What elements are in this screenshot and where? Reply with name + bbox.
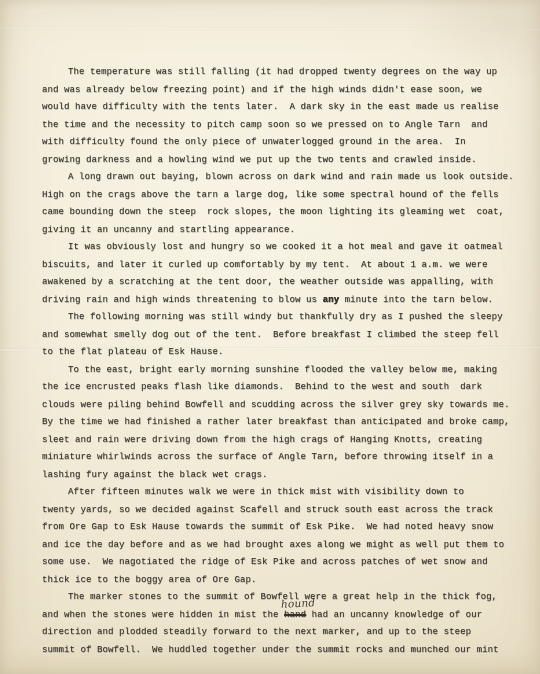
- text-line: After fifteen minutes walk we were in th…: [42, 484, 522, 502]
- text-line: lashing fury against the black wet crags…: [42, 467, 522, 485]
- text-line: High on the crags above the tarn a large…: [42, 187, 522, 205]
- text-line: The temperature was still falling (it ha…: [42, 64, 522, 82]
- text-line-emphasis: driving rain and high winds threatening …: [42, 292, 522, 310]
- text-line: growing darkness and a howling wind we p…: [42, 152, 522, 170]
- text-line: It was obviously lost and hungry so we c…: [42, 239, 522, 257]
- text-line: awakened by a scratching at the tent doo…: [42, 274, 522, 292]
- typewritten-page: The temperature was still falling (it ha…: [0, 0, 540, 674]
- text-line: the time and the necessity to pitch camp…: [42, 117, 522, 135]
- text-line: thick ice to the boggy area of Ore Gap.: [42, 572, 522, 590]
- paragraph-4: The following morning was still windy bu…: [42, 309, 522, 362]
- text-segment: driving rain and high winds threatening …: [42, 295, 323, 305]
- paragraph-3: It was obviously lost and hungry so we c…: [42, 239, 522, 309]
- text-line: came bounding down the steep rock slopes…: [42, 204, 522, 222]
- paper-crease: [0, 26, 540, 31]
- text-line: with difficulty found the only piece of …: [42, 134, 522, 152]
- text-line: some use. We nagotiated the ridge of Esk…: [42, 554, 522, 572]
- text-line: to the flat plateau of Esk Hause.: [42, 344, 522, 362]
- text-line: direction and plodded steadily forward t…: [42, 624, 522, 642]
- text-line: and ice the day before and as we had bro…: [42, 537, 522, 555]
- emphasized-word: any: [323, 295, 340, 305]
- text-line: giving it an uncanny and startling appea…: [42, 222, 522, 240]
- text-line: the ice encrusted peaks flash like diamo…: [42, 379, 522, 397]
- document-text: The temperature was still falling (it ha…: [42, 64, 522, 659]
- paragraph-6: After fifteen minutes walk we were in th…: [42, 484, 522, 589]
- text-line: A long drawn out baying, blown across on…: [42, 169, 522, 187]
- text-line: and was already below freezing point) an…: [42, 82, 522, 100]
- text-line: By the time we had finished a rather lat…: [42, 414, 522, 432]
- paragraph-5: To the east, bright early morning sunshi…: [42, 362, 522, 485]
- text-line: twenty yards, so we decided against Scaf…: [42, 502, 522, 520]
- text-line: biscuits, and later it curled up comfort…: [42, 257, 522, 275]
- paragraph-2: A long drawn out baying, blown across on…: [42, 169, 522, 239]
- text-line: The following morning was still windy bu…: [42, 309, 522, 327]
- paragraph-1: The temperature was still falling (it ha…: [42, 64, 522, 169]
- text-line: miniature whirlwinds across the surface …: [42, 449, 522, 467]
- text-line: summit of Bowfell. We huddled together u…: [42, 642, 522, 660]
- text-segment: minute into the tarn below.: [339, 295, 493, 305]
- handwritten-correction: hound: [281, 598, 316, 610]
- text-line: and somewhat smelly dog out of the tent.…: [42, 327, 522, 345]
- text-line: clouds were piling behind Bowfell and sc…: [42, 397, 522, 415]
- text-segment: and when the stones were hidden in mist …: [42, 610, 284, 620]
- text-line: would have difficulty with the tents lat…: [42, 99, 522, 117]
- text-line: from Ore Gap to Esk Hause towards the su…: [42, 519, 522, 537]
- text-line: sleet and rain were driving down from th…: [42, 432, 522, 450]
- text-line-correction: and when the stones were hidden in mist …: [42, 607, 522, 625]
- text-segment: had an uncanny knowledge of our: [306, 610, 482, 620]
- struck-word-text: hand: [284, 610, 306, 620]
- text-line: To the east, bright early morning sunshi…: [42, 362, 522, 380]
- paragraph-7: The marker stones to the summit of Bowfe…: [42, 589, 522, 659]
- struck-word: handhound: [284, 610, 306, 620]
